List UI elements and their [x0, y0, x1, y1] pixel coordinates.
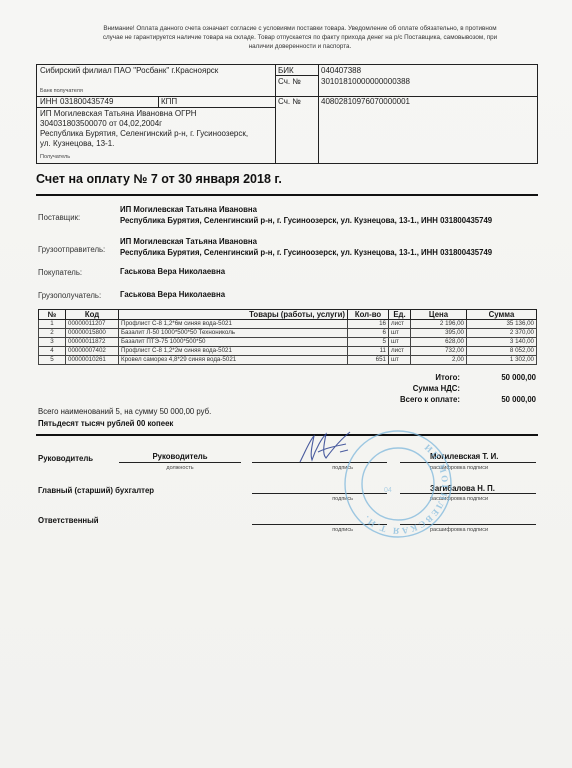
recipient-line-4: ул. Кузнецова, 13-1.	[40, 139, 248, 149]
table-row: 400000007402Профлист С-8 1,2*2м синяя во…	[39, 347, 537, 356]
item-price: 732,00	[411, 347, 467, 356]
item-number: 5	[39, 356, 66, 365]
recipient-caption: Получатель	[37, 154, 70, 160]
item-number: 4	[39, 347, 66, 356]
item-qty: 6	[348, 329, 389, 338]
item-number: 1	[39, 320, 66, 329]
item-sum: 3 140,00	[467, 338, 537, 347]
kpp-label: КПП	[158, 97, 177, 106]
item-number: 3	[39, 338, 66, 347]
consignee-label: Грузополучатель:	[38, 291, 101, 300]
recipient-block: ИП Могилевская Татьяна Ивановна ОГРН 304…	[37, 109, 248, 149]
item-price: 628,00	[411, 338, 467, 347]
director-position: Руководитель	[120, 452, 240, 461]
item-code: 00000015800	[66, 329, 119, 338]
svg-text:04: 04	[384, 487, 392, 494]
item-price: 2,00	[411, 356, 467, 365]
item-sum: 35 136,00	[467, 320, 537, 329]
item-unit: шт	[389, 338, 411, 347]
recipient-line-2: 304031803500070 от 04,02,2004г	[40, 119, 248, 129]
item-qty: 11	[348, 347, 389, 356]
item-sum: 2 370,00	[467, 329, 537, 338]
item-unit: шт	[389, 356, 411, 365]
invoice-page: Внимание! Оплата данного счета означает …	[0, 0, 572, 768]
table-row: 200000015800Базалит Л-50 1000*500*50 Тех…	[39, 329, 537, 338]
summary-divider	[36, 434, 538, 436]
consignee-value: Гаськова Вера Николаевна	[120, 289, 225, 300]
responsible-label: Ответственный	[38, 516, 99, 525]
item-code: 00000007402	[66, 347, 119, 356]
item-code: 00000011207	[66, 320, 119, 329]
account-value: 40802810976070000001	[318, 97, 410, 106]
bank-name: Сибирский филиал ПАО "Росбанк" г.Красноя…	[37, 66, 218, 75]
corr-account-value: 30101810000000000388	[318, 77, 410, 86]
position-caption: должность	[119, 465, 241, 471]
header-goods: Товары (работы, услуги)	[119, 310, 348, 320]
supplier-name: ИП Могилевская Татьяна Ивановна	[120, 204, 492, 215]
item-code: 00000010261	[66, 356, 119, 365]
item-price: 395,00	[411, 329, 467, 338]
total-value: 50 000,00	[501, 373, 536, 382]
item-name: Базалит ПТЭ-75 1000*500*50	[119, 338, 348, 347]
header-number: №	[39, 310, 66, 320]
supplier-label: Поставщик:	[38, 213, 80, 222]
recipient-line-3: Республика Бурятия, Селенгинский р-н, г.…	[40, 129, 248, 139]
company-stamp-icon: ИП МОГИЛЕВСКАЯ Т.И. 04	[342, 428, 454, 540]
item-qty: 651	[348, 356, 389, 365]
header-price: Цена	[411, 310, 467, 320]
item-unit: шт	[389, 329, 411, 338]
amount-in-words: Пятьдесят тысяч рублей 00 копеек	[38, 419, 173, 428]
inn-value: 031800435749	[57, 97, 113, 106]
item-number: 2	[39, 329, 66, 338]
director-label: Руководитель	[38, 454, 93, 463]
header-qty: Кол-во	[348, 310, 389, 320]
table-row: 100000011207Профлист С-8 1,2*6м синяя во…	[39, 320, 537, 329]
supplier-address: Республика Бурятия, Селенгинский р-н, г.…	[120, 215, 492, 226]
inn-label: ИНН	[37, 97, 57, 106]
items-count-summary: Всего наименований 5, на сумму 50 000,00…	[38, 407, 211, 416]
table-row: 500000010261Кровел саморез 4,8*29 синяя …	[39, 356, 537, 365]
account-label: Сч. №	[275, 97, 301, 106]
item-name: Профлист С-8 1,2*6м синяя вода-5021	[119, 320, 348, 329]
item-price: 2 196,00	[411, 320, 467, 329]
shipper-value: ИП Могилевская Татьяна Ивановна Республи…	[120, 236, 492, 258]
invoice-title: Счет на оплату № 7 от 30 января 2018 г.	[36, 172, 282, 186]
buyer-label: Покупатель:	[38, 268, 82, 277]
item-qty: 5	[348, 338, 389, 347]
title-divider	[36, 194, 538, 196]
handwritten-signature-icon	[296, 430, 356, 466]
total-label: Итого:	[435, 373, 460, 382]
item-sum: 8 052,00	[467, 347, 537, 356]
bank-details-table: Сибирский филиал ПАО "Росбанк" г.Красноя…	[36, 64, 538, 164]
items-table: №КодТовары (работы, услуги)Кол-воЕд.Цена…	[38, 309, 537, 365]
item-qty: 16	[348, 320, 389, 329]
amount-due-value: 50 000,00	[501, 395, 536, 404]
item-name: Базалит Л-50 1000*500*50 Технониколь	[119, 329, 348, 338]
item-code: 00000011872	[66, 338, 119, 347]
vat-label: Сумма НДС:	[413, 384, 460, 393]
header-sum: Сумма	[467, 310, 537, 320]
bank-caption: Банк получателя	[37, 88, 83, 94]
buyer-value: Гаськова Вера Николаевна	[120, 266, 225, 277]
position-line	[119, 462, 241, 463]
corr-account-label: Сч. №	[275, 77, 301, 86]
item-name: Кровел саморез 4,8*29 синяя вода-5021	[119, 356, 348, 365]
header-unit: Ед.	[389, 310, 411, 320]
items-header-row: №КодТовары (работы, услуги)Кол-воЕд.Цена…	[39, 310, 537, 320]
recipient-line-1: ИП Могилевская Татьяна Ивановна ОГРН	[40, 109, 248, 119]
item-unit: лист	[389, 347, 411, 356]
supplier-value: ИП Могилевская Татьяна Ивановна Республи…	[120, 204, 492, 226]
shipper-address: Республика Бурятия, Селенгинский р-н, г.…	[120, 247, 492, 258]
item-name: Профлист С-8 1,2*2м синяя вода-5021	[119, 347, 348, 356]
header-code: Код	[66, 310, 119, 320]
item-sum: 1 302,00	[467, 356, 537, 365]
table-row: 300000011872Базалит ПТЭ-75 1000*500*505ш…	[39, 338, 537, 347]
bik-label: БИК	[275, 66, 294, 75]
amount-due-label: Всего к оплате:	[400, 395, 460, 404]
accountant-label: Главный (старший) бухгалтер	[38, 486, 154, 495]
bik-value: 040407388	[318, 66, 361, 75]
shipper-name: ИП Могилевская Татьяна Ивановна	[120, 236, 492, 247]
payment-notice: Внимание! Оплата данного счета означает …	[95, 24, 505, 51]
item-unit: лист	[389, 320, 411, 329]
shipper-label: Грузоотправитель:	[38, 245, 105, 254]
